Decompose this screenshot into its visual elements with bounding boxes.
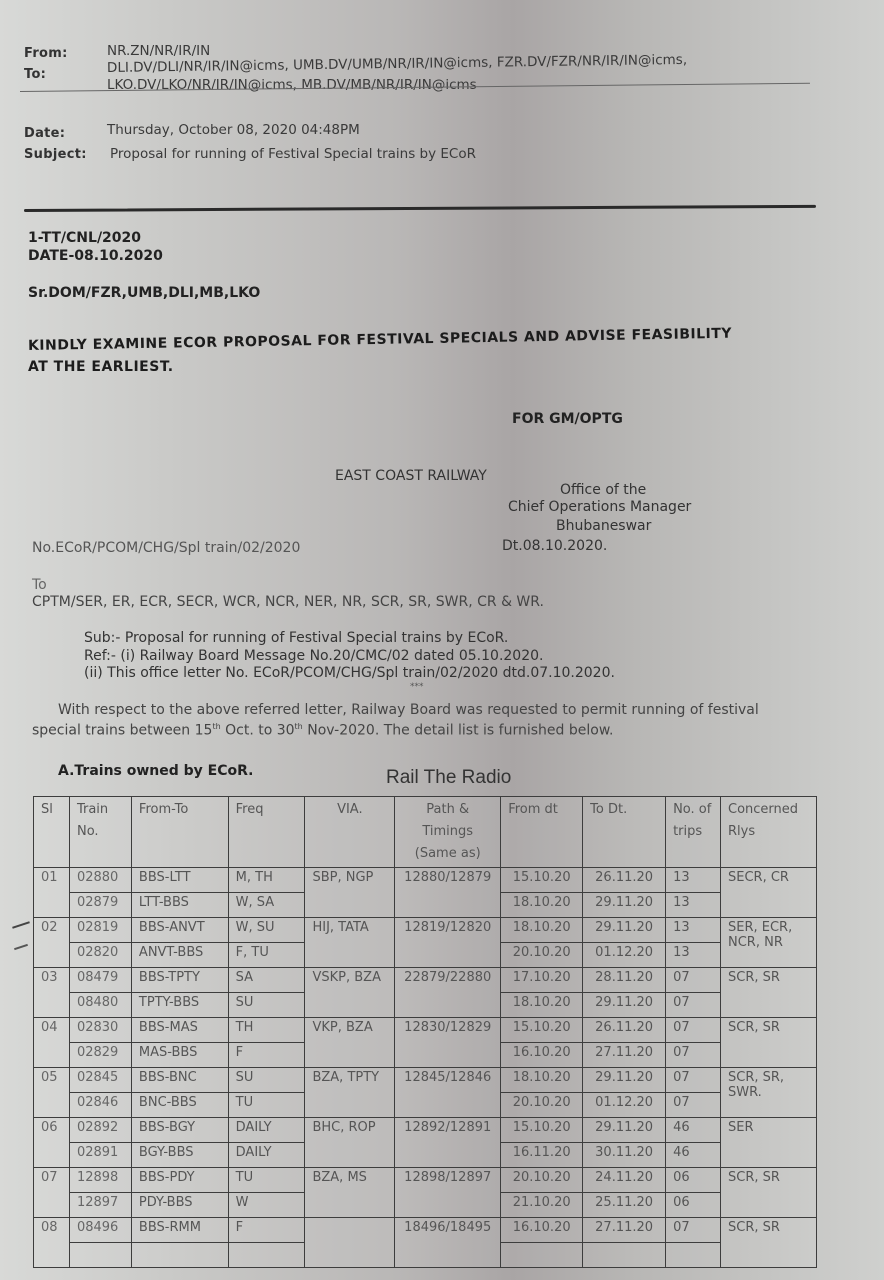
- trains-table: Sl Train No. From-To Freq VIA. Path & Ti…: [33, 796, 817, 1268]
- letter-number: No.ECoR/PCOM/CHG/Spl train/02/2020: [32, 540, 300, 556]
- col-header-path: Path & Timings (Same as): [395, 797, 501, 868]
- cell-from-dt: 17.10.20: [501, 968, 583, 993]
- cell-freq: F: [228, 1043, 305, 1068]
- cell-from-dt: 20.10.20: [501, 1093, 583, 1118]
- cell-trips: 07: [666, 1068, 721, 1093]
- col-header-to-dt: To Dt.: [583, 797, 666, 868]
- cell-from-to: BBS-LTT: [131, 868, 228, 893]
- table-row: 0808496BBS-RMMF18496/1849516.10.2027.11.…: [34, 1218, 817, 1243]
- table-header-row: Sl Train No. From-To Freq VIA. Path & Ti…: [34, 797, 817, 868]
- body-text-c: Nov-2020. The detail list is furnished b…: [303, 723, 614, 739]
- table-row: 0602892BBS-BGYDAILYBHC, ROP12892/1289115…: [34, 1118, 817, 1143]
- cell-freq: SU: [228, 1068, 305, 1093]
- cell-from-to: BBS-ANVT: [131, 918, 228, 943]
- cell-to-dt: 24.11.20: [583, 1168, 666, 1193]
- body-text-a: special trains between 15: [32, 723, 212, 739]
- cell-from-to: MAS-BBS: [131, 1043, 228, 1068]
- letter-separator: ***: [410, 682, 424, 692]
- cell-sl: 03: [34, 968, 70, 1018]
- cell-to-dt: 28.11.20: [583, 968, 666, 993]
- cell-trips: 06: [666, 1193, 721, 1218]
- cell-path: 12892/12891: [395, 1118, 501, 1168]
- cell-train-no: 12898: [69, 1168, 131, 1193]
- cell-via: VSKP, BZA: [305, 968, 395, 1018]
- cell-from-to: BNC-BBS: [131, 1093, 228, 1118]
- cell-train-no: 02819: [69, 918, 131, 943]
- cell-train-no: 02830: [69, 1018, 131, 1043]
- cell-from-dt: 15.10.20: [501, 868, 583, 893]
- cell-sl: 07: [34, 1168, 70, 1218]
- cell-trips: 07: [666, 993, 721, 1018]
- cell-path: 12819/12820: [395, 918, 501, 968]
- cell-to-dt: 26.11.20: [583, 868, 666, 893]
- cell-freq: W, SA: [228, 893, 305, 918]
- section-title: A.Trains owned by ECoR.: [58, 763, 254, 779]
- section-divider: [24, 205, 816, 212]
- cell-from-dt: 16.10.20: [501, 1043, 583, 1068]
- letter-body-line1: With respect to the above referred lette…: [58, 702, 759, 718]
- cell-via: SBP, NGP: [305, 868, 395, 918]
- cell-path: 12845/12846: [395, 1068, 501, 1118]
- cell-to-dt: 29.11.20: [583, 1118, 666, 1143]
- from-label: From:: [24, 46, 68, 61]
- cell-train-no: 02829: [69, 1043, 131, 1068]
- col-header-sl: Sl: [34, 797, 70, 868]
- col-header-freq: Freq: [228, 797, 305, 868]
- cell-to-dt: 25.11.20: [583, 1193, 666, 1218]
- cell-rlys: SCR, SR, SWR.: [721, 1068, 817, 1118]
- cell-from-to: PDY-BBS: [131, 1193, 228, 1218]
- cell-freq: DAILY: [228, 1118, 305, 1143]
- cell-train-no: 02879: [69, 893, 131, 918]
- cell-sl: 05: [34, 1068, 70, 1118]
- letter-date: Dt.08.10.2020.: [502, 538, 607, 554]
- forward-signoff: FOR GM/OPTG: [512, 411, 623, 427]
- letter-body-line2: special trains between 15th Oct. to 30th…: [32, 722, 613, 739]
- cell-from-to: BGY-BBS: [131, 1143, 228, 1168]
- col-header-from-dt: From dt: [501, 797, 583, 868]
- subject-value: Proposal for running of Festival Special…: [110, 146, 476, 162]
- cell-rlys: SCR, SR: [721, 1018, 817, 1068]
- cell-trips: 07: [666, 1018, 721, 1043]
- pen-mark: [12, 921, 30, 928]
- cell-freq: SU: [228, 993, 305, 1018]
- cell-trips: 07: [666, 968, 721, 993]
- cell-rlys: SECR, CR: [721, 868, 817, 918]
- cell-path: 12898/12897: [395, 1168, 501, 1218]
- cell-from-dt: 20.10.20: [501, 1168, 583, 1193]
- cell-to-dt: 27.11.20: [583, 1043, 666, 1068]
- col-header-rlys: Concerned Rlys: [721, 797, 817, 868]
- cell-to-dt: 27.11.20: [583, 1218, 666, 1243]
- cell-trips: 07: [666, 1218, 721, 1243]
- cell-path: 12830/12829: [395, 1018, 501, 1068]
- cell-from-dt: 18.10.20: [501, 918, 583, 943]
- cell-from-to: LTT-BBS: [131, 893, 228, 918]
- letter-to-label: To: [32, 577, 47, 593]
- cell-trips: 13: [666, 868, 721, 893]
- cell-to-dt: 29.11.20: [583, 1068, 666, 1093]
- cell-trips: 07: [666, 1093, 721, 1118]
- superscript-th: th: [212, 722, 220, 731]
- letter-subject: Sub:- Proposal for running of Festival S…: [84, 630, 508, 646]
- cell-from-to: BBS-RMM: [131, 1218, 228, 1243]
- cell-sl: 06: [34, 1118, 70, 1168]
- cell-from-to: BBS-BGY: [131, 1118, 228, 1143]
- cell-sl: 08: [34, 1218, 70, 1268]
- cell-via: VKP, BZA: [305, 1018, 395, 1068]
- cell-via: BZA, TPTY: [305, 1068, 395, 1118]
- cell-from-to: ANVT-BBS: [131, 943, 228, 968]
- cell-sl: 01: [34, 868, 70, 918]
- cell-train-no: 02845: [69, 1068, 131, 1093]
- cell-trips: [666, 1243, 721, 1268]
- cell-freq: SA: [228, 968, 305, 993]
- office-line3: Bhubaneswar: [556, 518, 651, 534]
- cell-to-dt: 26.11.20: [583, 1018, 666, 1043]
- cell-from-dt: 21.10.20: [501, 1193, 583, 1218]
- letter-org: EAST COAST RAILWAY: [335, 468, 487, 484]
- cell-sl: 04: [34, 1018, 70, 1068]
- date-label: Date:: [24, 126, 65, 141]
- cell-from-to: [131, 1243, 228, 1268]
- cell-to-dt: [583, 1243, 666, 1268]
- letter-ref1: Ref:- (i) Railway Board Message No.20/CM…: [84, 648, 543, 664]
- cell-freq: DAILY: [228, 1143, 305, 1168]
- cell-train-no: 12897: [69, 1193, 131, 1218]
- cell-trips: 13: [666, 918, 721, 943]
- subject-label: Subject:: [24, 147, 87, 162]
- cell-from-dt: 20.10.20: [501, 943, 583, 968]
- table-row: 0202819BBS-ANVTW, SUHIJ, TATA12819/12820…: [34, 918, 817, 943]
- cell-from-to: BBS-PDY: [131, 1168, 228, 1193]
- cell-freq: TU: [228, 1168, 305, 1193]
- col-header-via: VIA.: [305, 797, 395, 868]
- cell-via: BHC, ROP: [305, 1118, 395, 1168]
- cell-freq: W, SU: [228, 918, 305, 943]
- table-row: 0102880BBS-LTTM, THSBP, NGP12880/1287915…: [34, 868, 817, 893]
- forward-instruction-line1: KINDLY EXAMINE ECOR PROPOSAL FOR FESTIVA…: [28, 326, 732, 354]
- cell-path: 18496/18495: [395, 1218, 501, 1268]
- cell-via: HIJ, TATA: [305, 918, 395, 968]
- cell-freq: TU: [228, 1093, 305, 1118]
- cell-freq: W: [228, 1193, 305, 1218]
- cell-to-dt: 29.11.20: [583, 993, 666, 1018]
- cell-from-to: TPTY-BBS: [131, 993, 228, 1018]
- cell-trips: 46: [666, 1143, 721, 1168]
- cell-train-no: 08479: [69, 968, 131, 993]
- cell-freq: F: [228, 1218, 305, 1243]
- table-row: 0712898BBS-PDYTUBZA, MS12898/1289720.10.…: [34, 1168, 817, 1193]
- cell-via: [305, 1218, 395, 1268]
- table-row: 0502845BBS-BNCSUBZA, TPTY12845/1284618.1…: [34, 1068, 817, 1093]
- cell-rlys: SCR, SR: [721, 1218, 817, 1268]
- col-header-trips: No. of trips: [666, 797, 721, 868]
- cell-rlys: SCR, SR: [721, 1168, 817, 1218]
- cell-to-dt: 29.11.20: [583, 918, 666, 943]
- cell-rlys: SCR, SR: [721, 968, 817, 1018]
- watermark: Rail The Radio: [386, 767, 511, 789]
- cell-to-dt: 30.11.20: [583, 1143, 666, 1168]
- cell-trips: 13: [666, 943, 721, 968]
- forward-instruction-line2: AT THE EARLIEST.: [28, 359, 174, 375]
- cell-train-no: 02820: [69, 943, 131, 968]
- from-value: NR.ZN/NR/IR/IN: [107, 43, 210, 59]
- to-label: To:: [24, 67, 46, 82]
- cell-via: BZA, MS: [305, 1168, 395, 1218]
- cell-train-no: 08480: [69, 993, 131, 1018]
- cell-from-dt: 18.10.20: [501, 893, 583, 918]
- cell-freq: TH: [228, 1018, 305, 1043]
- forward-addressee: Sr.DOM/FZR,UMB,DLI,MB,LKO: [28, 285, 260, 301]
- cell-from-dt: 15.10.20: [501, 1118, 583, 1143]
- cell-freq: M, TH: [228, 868, 305, 893]
- pen-mark: [14, 944, 28, 950]
- cell-to-dt: 01.12.20: [583, 1093, 666, 1118]
- to-value-line2: LKO.DV/LKO/NR/IR/IN@icms, MB.DV/MB/NR/IR…: [107, 77, 477, 93]
- cell-from-dt: 15.10.20: [501, 1018, 583, 1043]
- superscript-th: th: [295, 722, 303, 731]
- cell-train-no: 02891: [69, 1143, 131, 1168]
- cell-trips: 06: [666, 1168, 721, 1193]
- cell-train-no: 08496: [69, 1218, 131, 1243]
- cell-from-to: BBS-BNC: [131, 1068, 228, 1093]
- cell-from-dt: 18.10.20: [501, 1068, 583, 1093]
- cell-path: 12880/12879: [395, 868, 501, 918]
- cell-trips: 07: [666, 1043, 721, 1068]
- forward-ref: 1-TT/CNL/2020: [28, 230, 141, 246]
- date-value: Thursday, October 08, 2020 04:48PM: [107, 122, 360, 138]
- cell-from-to: BBS-TPTY: [131, 968, 228, 993]
- cell-from-dt: [501, 1243, 583, 1268]
- cell-rlys: SER: [721, 1118, 817, 1168]
- office-line1: Office of the: [560, 482, 646, 498]
- cell-train-no: [69, 1243, 131, 1268]
- cell-train-no: 02880: [69, 868, 131, 893]
- cell-sl: 02: [34, 918, 70, 968]
- cell-from-dt: 16.10.20: [501, 1218, 583, 1243]
- cell-train-no: 02846: [69, 1093, 131, 1118]
- forward-date: DATE-08.10.2020: [28, 248, 163, 264]
- table-row: 0308479BBS-TPTYSAVSKP, BZA22879/2288017.…: [34, 968, 817, 993]
- letter-ref2: (ii) This office letter No. ECoR/PCOM/CH…: [84, 665, 615, 681]
- col-header-from-to: From-To: [131, 797, 228, 868]
- col-header-train-no: Train No.: [69, 797, 131, 868]
- cell-trips: 13: [666, 893, 721, 918]
- cell-to-dt: 29.11.20: [583, 893, 666, 918]
- office-line2: Chief Operations Manager: [508, 499, 691, 515]
- cell-freq: F, TU: [228, 943, 305, 968]
- table-row: 0402830BBS-MASTHVKP, BZA12830/1282915.10…: [34, 1018, 817, 1043]
- cell-to-dt: 01.12.20: [583, 943, 666, 968]
- cell-from-to: BBS-MAS: [131, 1018, 228, 1043]
- table-body: 0102880BBS-LTTM, THSBP, NGP12880/1287915…: [34, 868, 817, 1268]
- cell-path: 22879/22880: [395, 968, 501, 1018]
- cell-from-dt: 16.11.20: [501, 1143, 583, 1168]
- letter-to-value: CPTM/SER, ER, ECR, SECR, WCR, NCR, NER, …: [32, 594, 544, 610]
- body-text-b: Oct. to 30: [221, 723, 295, 739]
- cell-from-dt: 18.10.20: [501, 993, 583, 1018]
- cell-freq: [228, 1243, 305, 1268]
- cell-train-no: 02892: [69, 1118, 131, 1143]
- cell-rlys: SER, ECR, NCR, NR: [721, 918, 817, 968]
- cell-trips: 46: [666, 1118, 721, 1143]
